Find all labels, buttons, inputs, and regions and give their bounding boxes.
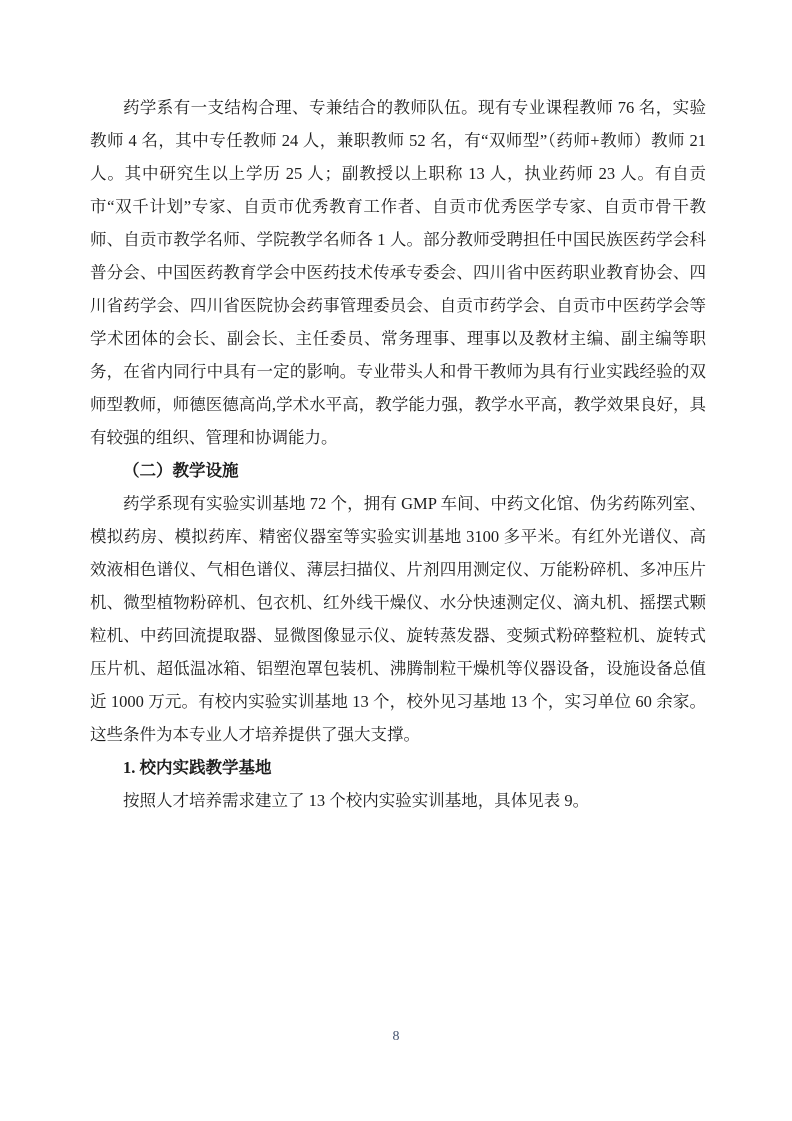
paragraph-faculty-overview: 药学系有一支结构合理、专兼结合的教师队伍。现有专业课程教师 76 名，实验教师 … <box>90 91 706 454</box>
page-number: 8 <box>0 1028 792 1046</box>
document-content: 药学系有一支结构合理、专兼结合的教师队伍。现有专业课程教师 76 名，实验教师 … <box>90 91 706 817</box>
subsection-heading-campus-practice-bases: 1. 校内实践教学基地 <box>90 751 706 784</box>
section-heading-teaching-facilities: （二）教学设施 <box>90 454 706 487</box>
document-page: 药学系有一支结构合理、专兼结合的教师队伍。现有专业课程教师 76 名，实验教师 … <box>0 0 792 1121</box>
paragraph-campus-bases: 按照人才培养需求建立了 13 个校内实验实训基地，具体见表 9。 <box>90 784 706 817</box>
paragraph-facilities-overview: 药学系现有实验实训基地 72 个，拥有 GMP 车间、中药文化馆、伪劣药陈列室、… <box>90 487 706 751</box>
